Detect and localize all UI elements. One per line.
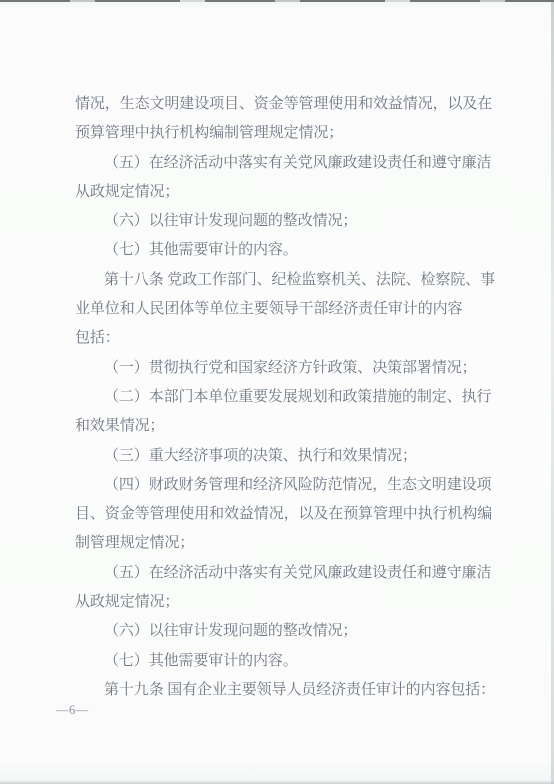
article-19-heading-line: 第十九条 国有企业主要领导人员经济责任审计的内容包括： <box>75 676 499 705</box>
body-line-item-2: （二）本部门本单位重要发展规划和政策措施的制定、执行 <box>75 383 499 412</box>
body-line-item-5b: （五）在经济活动中落实有关党风廉政建设责任和遵守廉洁 <box>75 559 499 588</box>
body-line-item-1: （一）贯彻执行党和国家经济方针政策、决策部署情况； <box>75 354 499 383</box>
document-body: 情况，生态文明建设项目、资金等管理使用和效益情况，以及在 预算管理中执行机构编制… <box>75 90 499 705</box>
body-line: 和效果情况； <box>75 412 499 441</box>
body-line-item-6: （六）以往审计发现问题的整改情况； <box>75 207 499 236</box>
body-line-item-6b: （六）以往审计发现问题的整改情况； <box>75 617 499 646</box>
body-line: 目、资金等管理使用和效益情况，以及在预算管理中执行机构编 <box>75 500 499 529</box>
body-line: 业单位和人民团体等单位主要领导干部经济责任审计的内容 <box>75 295 499 324</box>
body-line-item-7b: （七）其他需要审计的内容。 <box>75 647 499 676</box>
scanned-document-page: 情况，生态文明建设项目、资金等管理使用和效益情况，以及在 预算管理中执行机构编制… <box>0 0 554 784</box>
body-line-item-3: （三）重大经济事项的决策、执行和效果情况； <box>75 442 499 471</box>
body-line: 从政规定情况； <box>75 588 499 617</box>
body-line: 制管理规定情况； <box>75 529 499 558</box>
page-number: —6— <box>56 703 89 718</box>
body-line-item-4: （四）财政财务管理和经济风险防范情况，生态文明建设项 <box>75 471 499 500</box>
body-line: 预算管理中执行机构编制管理规定情况； <box>75 119 499 148</box>
body-line-item-5: （五）在经济活动中落实有关党风廉政建设责任和遵守廉洁 <box>75 149 499 178</box>
body-line: 情况，生态文明建设项目、资金等管理使用和效益情况，以及在 <box>75 90 499 119</box>
body-line: 从政规定情况； <box>75 178 499 207</box>
body-line-item-7: （七）其他需要审计的内容。 <box>75 236 499 265</box>
body-line: 包括： <box>75 324 499 353</box>
scan-edge-top-artifact <box>0 0 554 2</box>
article-18-heading-line: 第十八条 党政工作部门、纪检监察机关、法院、检察院、事 <box>75 266 499 295</box>
